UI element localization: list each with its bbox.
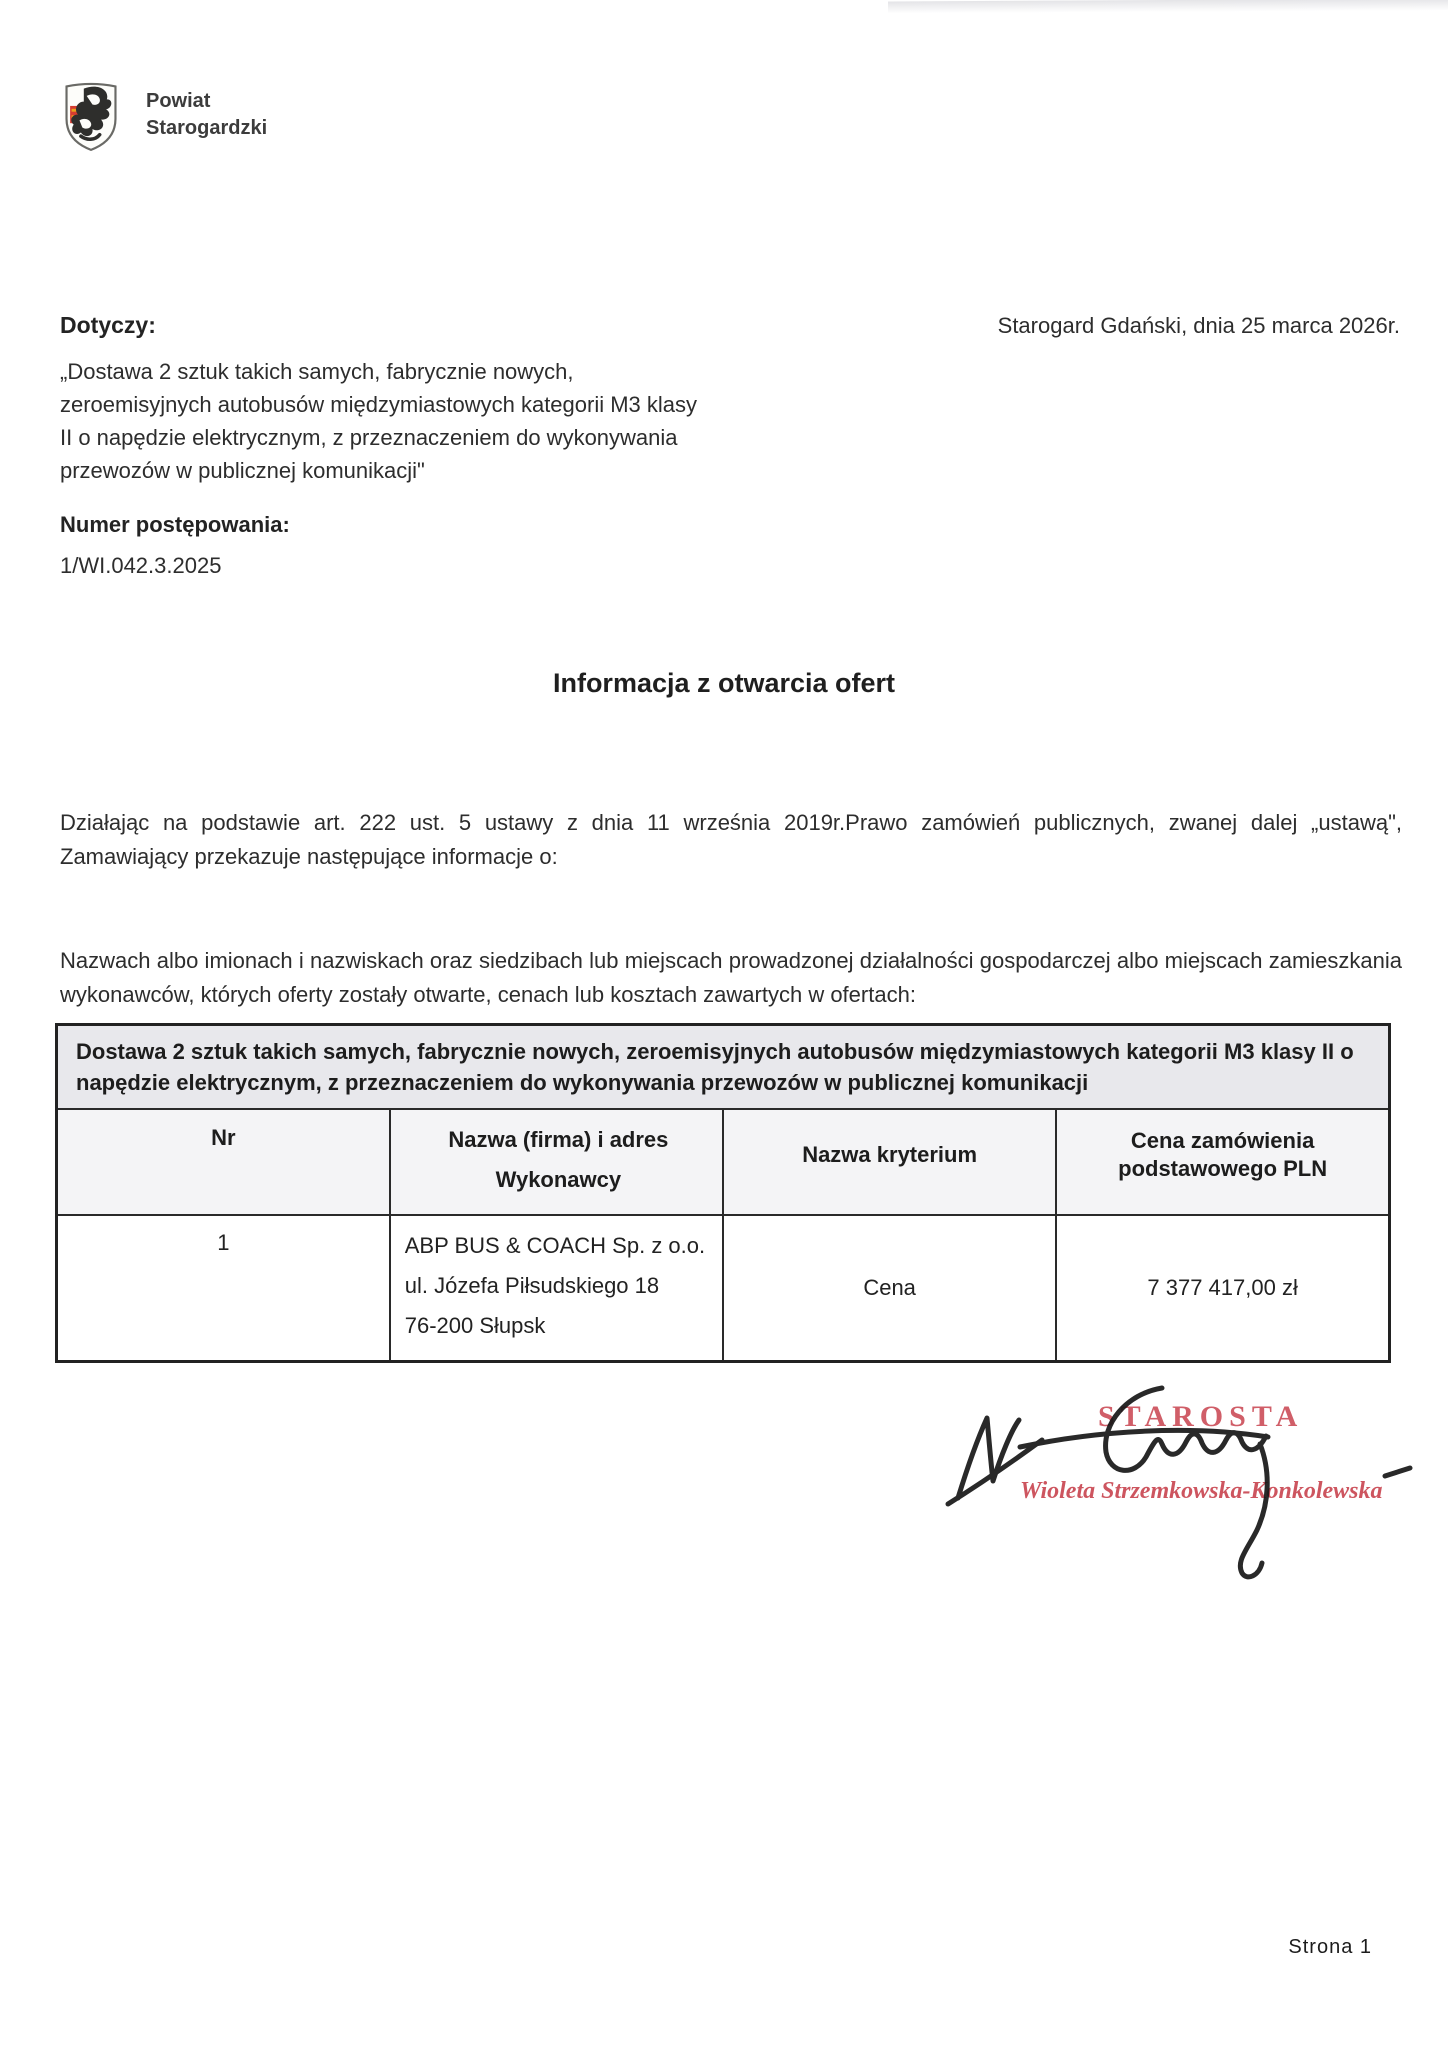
regarding-label: Dotyczy: xyxy=(60,312,156,339)
column-header-criterion: Nazwa kryterium xyxy=(723,1109,1056,1215)
case-number: 1/WI.042.3.2025 xyxy=(60,553,221,579)
contractor-city: 76-200 Słupsk xyxy=(405,1306,712,1346)
cell-nr: 1 xyxy=(57,1215,390,1362)
coat-of-arms-icon xyxy=(62,80,120,152)
case-number-label: Numer postępowania: xyxy=(60,512,290,538)
cell-criterion: Cena xyxy=(723,1215,1056,1362)
signature-block: STAROSTA Wioleta Strzemkowska-Konkolewsk… xyxy=(930,1380,1430,1610)
column-header-price: Cena zamówienia podstawowego PLN xyxy=(1056,1109,1389,1215)
table-row: 1 ABP BUS & COACH Sp. z o.o. ul. Józefa … xyxy=(57,1215,1390,1362)
org-name: Powiat Starogardzki xyxy=(146,80,267,142)
table-caption: Dostawa 2 sztuk takich samych, fabryczni… xyxy=(57,1025,1390,1110)
scope-paragraph: Nazwach albo imionach i nazwiskach oraz … xyxy=(60,944,1402,1012)
regarding-text: „Dostawa 2 sztuk takich samych, fabryczn… xyxy=(60,355,700,487)
column-header-contractor: Nazwa (firma) i adres Wykonawcy xyxy=(390,1109,723,1215)
org-name-line2: Starogardzki xyxy=(146,115,267,142)
document-title: Informacja z otwarcia ofert xyxy=(0,668,1448,699)
org-name-line1: Powiat xyxy=(146,88,267,115)
letterhead: Powiat Starogardzki xyxy=(62,80,267,152)
offers-table: Dostawa 2 sztuk takich samych, fabryczni… xyxy=(55,1023,1391,1363)
table-caption-row: Dostawa 2 sztuk takich samych, fabryczni… xyxy=(57,1025,1390,1110)
cell-price: 7 377 417,00 zł xyxy=(1056,1215,1389,1362)
document-page: Powiat Starogardzki Dotyczy: Starogard G… xyxy=(0,0,1448,2048)
page-number: Strona 1 xyxy=(1288,1936,1372,1959)
place-date: Starogard Gdański, dnia 25 marca 2026r. xyxy=(998,313,1400,339)
handwritten-signature-icon xyxy=(930,1380,1430,1610)
contractor-street: ul. Józefa Piłsudskiego 18 xyxy=(405,1266,712,1306)
column-header-price-label: Cena zamówienia podstawowego PLN xyxy=(1098,1127,1348,1183)
scan-artifact xyxy=(888,0,1448,13)
column-header-nr: Nr xyxy=(57,1109,390,1215)
table-header-row: Nr Nazwa (firma) i adres Wykonawcy Nazwa… xyxy=(57,1109,1390,1215)
cell-contractor: ABP BUS & COACH Sp. z o.o. ul. Józefa Pi… xyxy=(390,1215,723,1362)
contractor-name: ABP BUS & COACH Sp. z o.o. xyxy=(405,1226,712,1266)
legal-basis-paragraph: Działając na podstawie art. 222 ust. 5 u… xyxy=(60,806,1402,874)
